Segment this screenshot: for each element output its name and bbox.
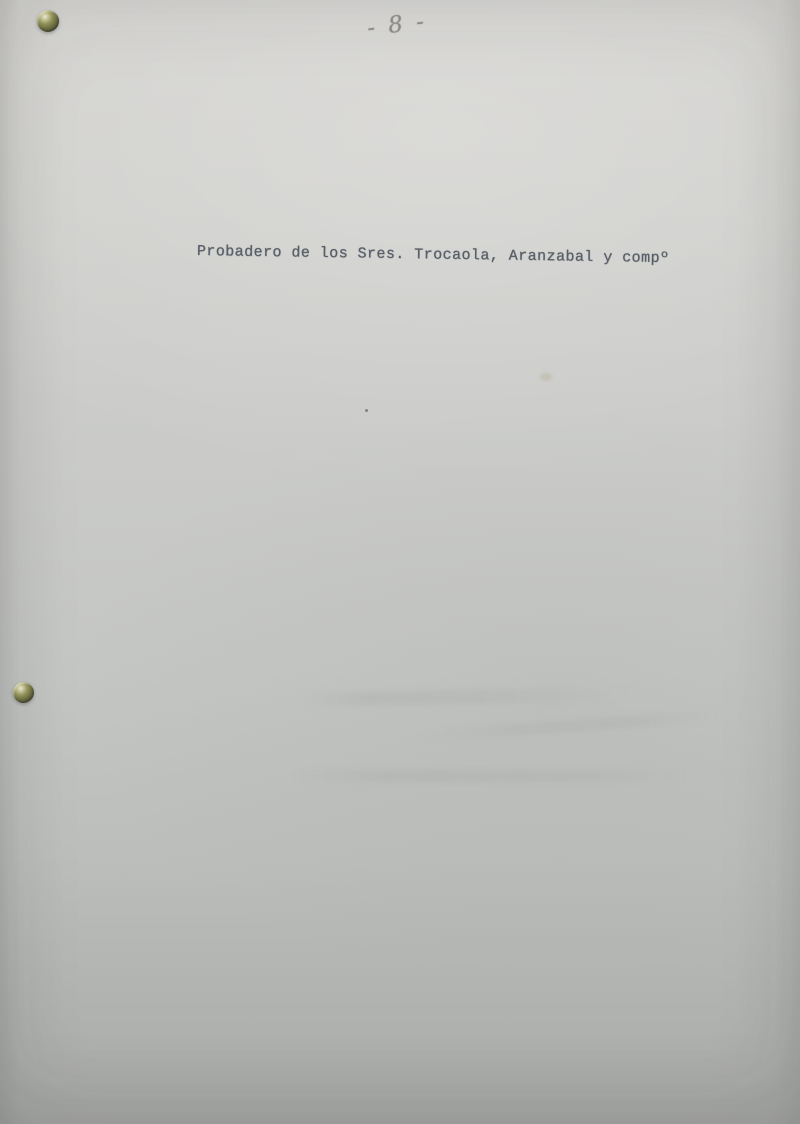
bleed-through-mark [420,710,720,743]
paper-shading [0,0,800,1124]
handwritten-page-number: - 8 - [351,7,443,44]
brass-fastener-icon [13,682,34,703]
typed-title-line: Probadero de los Sres. Trocaola, Aranzab… [197,243,670,267]
bleed-through-mark [300,687,630,707]
brass-fastener-icon [37,10,59,32]
scanned-document-page: - 8 - Probadero de los Sres. Trocaola, A… [0,0,800,1124]
bleed-through-mark [290,770,690,782]
paper-speck [365,409,368,412]
paper-stain [540,373,552,381]
